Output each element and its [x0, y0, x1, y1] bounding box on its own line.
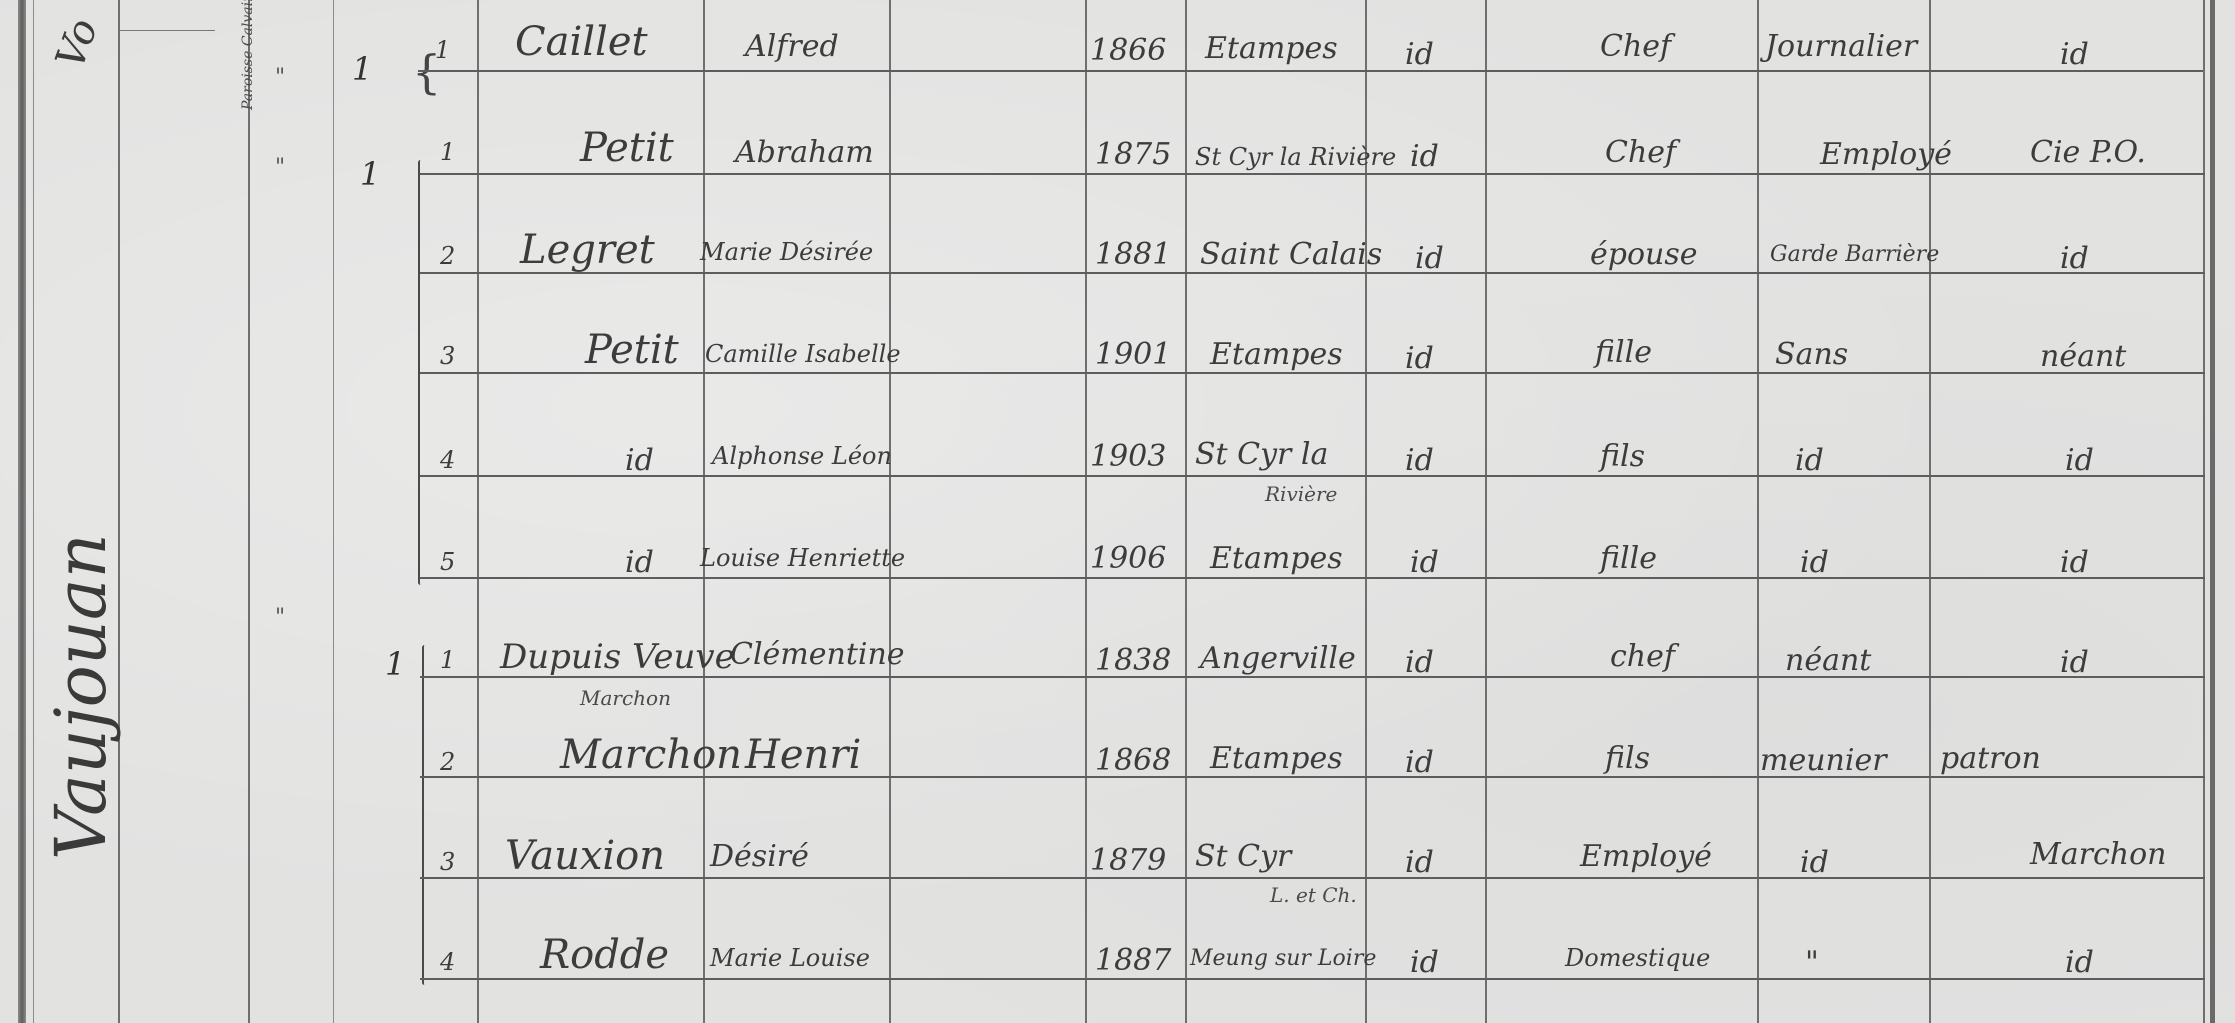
cell-no: 1	[440, 140, 455, 164]
cell-relation: fille	[1595, 338, 1652, 368]
cell-occupation: id	[1800, 548, 1829, 578]
cell-no: 2	[440, 244, 455, 268]
cell-first-names: Alfred	[745, 32, 839, 62]
cell-nationality: id	[1405, 40, 1434, 70]
cell-birth-year: 1887	[1095, 946, 1171, 976]
cell-first-names: Alphonse Léon	[712, 444, 892, 468]
cell-no: 1	[440, 648, 455, 672]
side-annotation: Paroisse Calvaire	[240, 0, 256, 110]
cell-first-names: Désiré	[710, 842, 809, 872]
cell-birth-year: 1906	[1090, 544, 1166, 574]
cell-relation: Chef	[1605, 138, 1676, 168]
cell-surname: Marchon	[560, 735, 742, 775]
cell-no: 5	[440, 550, 455, 574]
ditto-mark: "	[275, 155, 285, 180]
cell-employer: id	[2060, 244, 2089, 274]
cell-relation: chef	[1610, 642, 1675, 672]
row-rule	[420, 173, 2205, 175]
cell-surname: Vauxion	[505, 836, 665, 876]
cell-occupation: id	[1795, 446, 1824, 476]
household-mark: 1	[385, 645, 405, 683]
cell-first-names: Louise Henriette	[700, 546, 905, 570]
row-rule	[418, 70, 2203, 72]
column-rule	[703, 0, 705, 1023]
cell-occupation: Journalier	[1765, 32, 1917, 62]
cell-surname: Petit	[585, 330, 679, 370]
cell-surname: id	[625, 548, 654, 578]
cell-employer: id	[2060, 40, 2089, 70]
cell-birth-year: 1881	[1095, 240, 1171, 270]
cell-birthplace: St Cyr	[1195, 842, 1291, 872]
row-rule	[420, 577, 2205, 579]
cell-occupation: id	[1800, 848, 1829, 878]
cell-no: 3	[440, 850, 455, 874]
column-rule	[1185, 0, 1187, 1023]
cell-birthplace: St Cyr la Rivière	[1195, 145, 1396, 169]
cell-nationality: id	[1410, 548, 1439, 578]
cell-employer: id	[2065, 948, 2094, 978]
row-rule	[420, 272, 2205, 274]
cell-relation: fils	[1600, 442, 1645, 472]
column-rule	[477, 0, 479, 1023]
cell-relation: Domestique	[1565, 946, 1710, 970]
column-rule	[118, 0, 120, 1023]
page-binding-edge-left	[18, 0, 26, 1023]
cell-surname: Caillet	[515, 22, 648, 62]
cell-birthplace-note: L. et Ch.	[1270, 885, 1357, 905]
ditto-mark: "	[275, 65, 285, 90]
cell-nationality: id	[1405, 748, 1434, 778]
column-rule	[248, 0, 250, 1023]
cell-birthplace: St Cyr la	[1195, 440, 1328, 470]
cell-nationality: id	[1410, 948, 1439, 978]
cell-birth-year: 1866	[1090, 36, 1166, 66]
cell-birthplace: Etampes	[1210, 744, 1343, 774]
column-rule	[333, 0, 334, 1023]
row-rule	[420, 978, 2205, 980]
cell-nationality: id	[1405, 344, 1434, 374]
cell-first-names: Clémentine	[730, 640, 905, 670]
cell-employer: patron	[1940, 744, 2041, 774]
cell-occupation: Sans	[1775, 340, 1848, 370]
cell-birth-year: 1875	[1095, 140, 1171, 170]
cell-surname-note: Marchon	[580, 688, 671, 708]
ditto-mark: "	[275, 605, 285, 630]
cell-surname: id	[625, 446, 654, 476]
cell-occupation: Garde Barrière	[1770, 244, 1939, 266]
column-rule	[1085, 0, 1087, 1023]
household-brace	[422, 645, 427, 985]
column-rule	[33, 0, 34, 1023]
top-left-fragment: Vo	[50, 14, 104, 74]
cell-no: 1	[435, 38, 450, 62]
cell-no: 4	[440, 448, 455, 472]
cell-birthplace: Meung sur Loire	[1190, 948, 1376, 970]
cell-no: 2	[440, 750, 455, 774]
row-rule	[420, 372, 2205, 374]
cell-nationality: id	[1410, 142, 1439, 172]
cell-first-names: Camille Isabelle	[705, 342, 901, 366]
cell-employer: id	[2060, 648, 2089, 678]
cell-surname: Legret	[520, 230, 655, 270]
cell-surname: Dupuis Veuve	[500, 640, 735, 674]
cell-employer: néant	[2040, 342, 2126, 372]
cell-employer: Cie P.O.	[2030, 138, 2146, 168]
cell-birth-year: 1903	[1090, 442, 1166, 472]
cell-birthplace: Etampes	[1210, 340, 1343, 370]
cell-nationality: id	[1405, 848, 1434, 878]
cell-surname: Petit	[580, 128, 674, 168]
household-mark: 1	[352, 50, 372, 88]
cell-birth-year: 1901	[1095, 340, 1171, 370]
cell-occupation: "	[1805, 948, 1819, 978]
household-mark: 1	[360, 155, 380, 193]
cell-birthplace: Angerville	[1200, 644, 1356, 674]
cell-nationality: id	[1415, 244, 1444, 274]
cell-birthplace-note: Rivière	[1265, 484, 1337, 504]
street-name: Vaujouan	[40, 533, 122, 860]
cell-nationality: id	[1405, 446, 1434, 476]
cell-first-names: Marie Désirée	[700, 240, 873, 264]
cell-occupation: meunier	[1760, 746, 1887, 776]
cell-birthplace: Etampes	[1210, 544, 1343, 574]
margin-dash	[120, 30, 215, 31]
cell-first-names: Henri	[745, 735, 861, 775]
cell-relation: Chef	[1600, 32, 1671, 62]
cell-relation: Employé	[1580, 842, 1712, 872]
page-binding-edge-right	[2210, 0, 2215, 1023]
cell-no: 3	[440, 344, 455, 368]
column-rule	[889, 0, 891, 1023]
cell-first-names: Marie Louise	[710, 946, 870, 970]
cell-employer: Marchon	[2030, 840, 2166, 870]
cell-birth-year: 1879	[1090, 846, 1166, 876]
row-rule	[420, 877, 2205, 879]
cell-birthplace: Etampes	[1205, 34, 1338, 64]
row-rule	[420, 475, 2205, 477]
cell-relation: épouse	[1590, 240, 1698, 270]
cell-surname: Rodde	[540, 935, 669, 975]
cell-first-names: Abraham	[735, 138, 874, 168]
cell-birth-year: 1838	[1095, 646, 1171, 676]
cell-nationality: id	[1405, 648, 1434, 678]
cell-relation: fils	[1605, 744, 1650, 774]
cell-birthplace: Saint Calais	[1200, 240, 1382, 270]
column-rule	[2203, 0, 2205, 1023]
register-page: Vo Vaujouan Paroisse Calvaire " " " 1 1 …	[0, 0, 2235, 1023]
column-rule	[1485, 0, 1487, 1023]
column-rule	[1757, 0, 1759, 1023]
cell-employer: id	[2065, 446, 2094, 476]
cell-no: 4	[440, 950, 455, 974]
cell-relation: fille	[1600, 544, 1657, 574]
cell-employer: id	[2060, 548, 2089, 578]
cell-occupation: néant	[1785, 646, 1871, 676]
cell-occupation: Employé	[1820, 140, 1952, 170]
cell-birth-year: 1868	[1095, 746, 1171, 776]
